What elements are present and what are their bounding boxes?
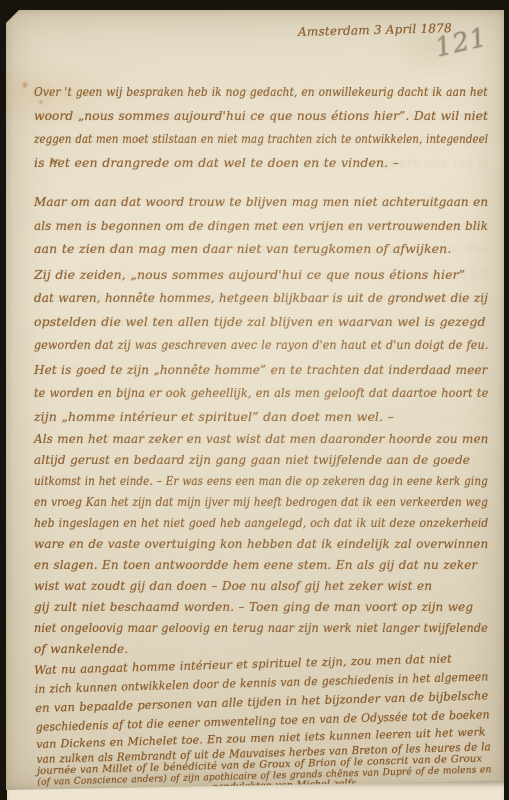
manuscript-line: Het is goed te zijn „honnête homme” en t…: [34, 362, 488, 386]
manuscript-scan: Amsterdam 3 April 1878 121 er Over 't ge…: [0, 0, 509, 800]
manuscript-line-text: aan te zien dan mag men daar niet van te…: [34, 241, 451, 256]
manuscript-line: dat waren, honnête hommes, hetgeen blijk…: [34, 290, 488, 314]
manuscript-line-text: opstelden die wel ten allen tijde zal bl…: [34, 314, 486, 329]
manuscript-line: gij zult niet beschaamd worden. – Toen g…: [34, 600, 488, 621]
paragraph: Zij die zeiden, „nous sommes aujourd'hui…: [34, 267, 488, 361]
manuscript-line: wist wat zoudt gij dan doen – Doe nu als…: [34, 579, 488, 600]
manuscript-line: aan te zien dan mag men daar niet van te…: [34, 241, 488, 265]
manuscript-line-text: Maar om aan dat woord trouw te blijven m…: [34, 194, 488, 209]
manuscript-line-text: uitkomst in het einde. – Er was eens een…: [34, 474, 488, 488]
manuscript-line: altijd gerust en bedaard zijn gang gaan …: [34, 453, 488, 474]
manuscript-line: geworden dat zij was geschreven avec le …: [34, 337, 488, 361]
manuscript-line: te worden en bijna er ook geheellijk, en…: [34, 385, 488, 409]
manuscript-line-text: Als men het maar zeker en vast wist dat …: [34, 432, 488, 446]
paragraph: Als men het maar zeker en vast wist dat …: [34, 432, 488, 663]
manuscript-line-text: is het een drangrede om dat wel te doen …: [34, 155, 399, 170]
paragraph: Wat nu aangaat homme intérieur et spirit…: [34, 650, 492, 790]
manuscript-line-text: wist wat zoudt gij dan doen – Doe nu als…: [34, 579, 432, 593]
manuscript-line: Zij die zeiden, „nous sommes aujourd'hui…: [34, 267, 488, 291]
manuscript-line-text: woord „nous sommes aujourd'hui ce que no…: [34, 108, 488, 123]
manuscript-line-text: heb ingeslagen en het niet goed heb aang…: [34, 516, 488, 530]
manuscript-line-text: geworden dat zij was geschreven avec le …: [34, 337, 488, 352]
manuscript-line-text: en slagen. En toen antwoordde hem eene s…: [34, 558, 477, 572]
paragraph: Over 't geen wij bespraken heb ik nog ge…: [34, 84, 488, 178]
inserted-word: er: [50, 157, 59, 167]
manuscript-line-text: te worden en bijna er ook geheellijk, en…: [34, 385, 488, 400]
letter-date: Amsterdam 3 April 1878: [298, 21, 452, 39]
manuscript-line: is het een drangrede om dat wel te doen …: [34, 155, 488, 179]
manuscript-line-text: of wankelende.: [34, 642, 128, 656]
manuscript-line: Over 't geen wij bespraken heb ik nog ge…: [34, 84, 488, 108]
manuscript-line-text: Zij die zeiden, „nous sommes aujourd'hui…: [34, 267, 465, 282]
manuscript-line-text: als men is begonnen om de dingen met een…: [34, 218, 488, 233]
manuscript-line-text: en vroeg Kan het zijn dat mijn ijver mij…: [34, 495, 488, 509]
manuscript-line-text: zijn „homme intérieur et spirituel” dan …: [34, 409, 394, 424]
manuscript-line: uitkomst in het einde. – Er was eens een…: [34, 474, 488, 495]
manuscript-line: ware en de vaste overtuiging kon hebben …: [34, 537, 488, 558]
manuscript-line: opstelden die wel ten allen tijde zal bl…: [34, 314, 488, 338]
manuscript-line: niet ongeloovig maar geloovig en terug n…: [34, 621, 488, 642]
manuscript-line: Maar om aan dat woord trouw te blijven m…: [34, 194, 488, 218]
manuscript-line-text: niet ongeloovig maar geloovig en terug n…: [34, 621, 488, 635]
letter-page: Amsterdam 3 April 1878 121 er Over 't ge…: [6, 10, 504, 790]
manuscript-line: woord „nous sommes aujourd'hui ce que no…: [34, 108, 488, 132]
manuscript-line: en vroeg Kan het zijn dat mijn ijver mij…: [34, 495, 488, 516]
manuscript-line-text: Over 't geen wij bespraken heb ik nog ge…: [34, 84, 488, 99]
manuscript-line: Als men het maar zeker en vast wist dat …: [34, 432, 488, 453]
manuscript-line-text: zeggen dat men moet stilstaan en niet ma…: [34, 131, 488, 146]
manuscript-line-text: Het is goed te zijn „honnête homme” en t…: [34, 362, 488, 377]
manuscript-line-text: ware en de vaste overtuiging kon hebben …: [34, 537, 488, 551]
manuscript-line: en slagen. En toen antwoordde hem eene s…: [34, 558, 488, 579]
paragraph: Het is goed te zijn „honnête homme” en t…: [34, 362, 488, 433]
manuscript-line-text: gij zult niet beschaamd worden. – Toen g…: [34, 600, 473, 614]
manuscript-line: heb ingeslagen en het niet goed heb aang…: [34, 516, 488, 537]
manuscript-line: als men is begonnen om de dingen met een…: [34, 218, 488, 242]
manuscript-line-text: dat waren, honnête hommes, hetgeen blijk…: [34, 290, 488, 305]
letter-body: Over 't geen wij bespraken heb ik nog ge…: [34, 84, 488, 790]
manuscript-line-text: altijd gerust en bedaard zijn gang gaan …: [34, 453, 470, 467]
manuscript-line: zijn „homme intérieur et spirituel” dan …: [34, 409, 488, 433]
manuscript-line: zeggen dat men moet stilstaan en niet ma…: [34, 131, 488, 155]
paragraph: Maar om aan dat woord trouw te blijven m…: [34, 194, 488, 265]
